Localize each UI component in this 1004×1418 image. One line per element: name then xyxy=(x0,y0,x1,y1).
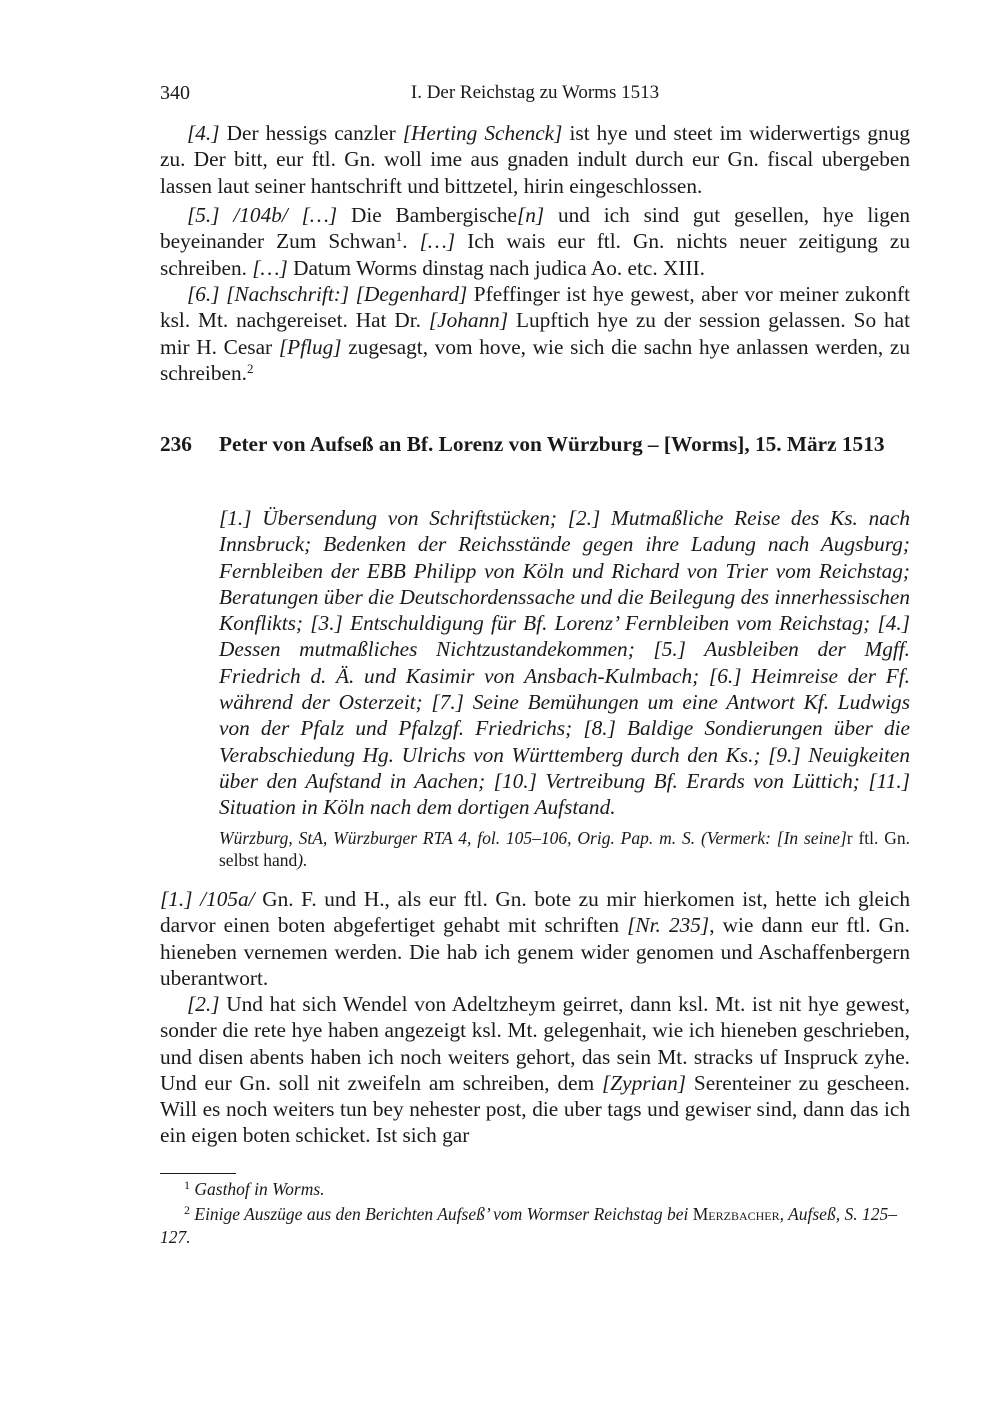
footnote-text: Gasthof in Worms. xyxy=(194,1179,324,1199)
editorial-insert: [Zyprian] xyxy=(602,1071,686,1095)
editorial-insert: [Herting Schenck] xyxy=(403,121,563,145)
footnote-number: 1 xyxy=(184,1178,190,1192)
source-note: Würzburg, StA, Würzburger RTA 4, fol. 10… xyxy=(219,827,910,871)
footnote-rule xyxy=(160,1173,236,1174)
paragraph-marker: [4.] xyxy=(187,121,220,145)
footnote-2: 2 Einige Auszüge aus den Berichten Aufse… xyxy=(160,1203,910,1248)
text-segment: Die Bambergische xyxy=(337,203,517,227)
doc-paragraph-2: [2.] Und hat sich Wendel von Adeltzheym … xyxy=(160,991,910,1149)
ellipsis-insert: […] xyxy=(420,229,456,253)
document-title: Peter von Aufseß an Bf. Lorenz von Würzb… xyxy=(219,431,910,457)
editorial-insert: [Pflug] xyxy=(279,335,342,359)
running-title: I. Der Reichstag zu Worms 1513 xyxy=(160,80,910,106)
cross-reference-link[interactable]: [Nr. 235] xyxy=(627,913,709,937)
paragraph-marker: [2.] xyxy=(187,992,220,1016)
footnote-number: 2 xyxy=(184,1203,190,1217)
paragraph-6-postscript: [6.] [Nachschrift:] [Degenhard] Pfeffing… xyxy=(160,281,910,386)
footnote-ref-2[interactable]: 2 xyxy=(247,361,254,376)
source-archive: Würzburg, StA, Würzburger RTA 4, fol. 10… xyxy=(219,828,847,848)
document-regest: [1.] Übersendung von Schriftstücken; [2.… xyxy=(219,505,910,821)
paragraph-marker: [6.] [Nachschrift:] [Degenhard] xyxy=(187,282,467,306)
document-number: 236 xyxy=(160,431,192,457)
footnote-author: Merzbacher xyxy=(693,1204,780,1224)
text-segment: Der hessigs canzler xyxy=(220,121,403,145)
ellipsis-insert: […] xyxy=(252,256,288,280)
footnote-text: Einige Auszüge aus den Berichten Aufseß’… xyxy=(194,1204,692,1224)
text-segment: Datum Worms dinstag nach judica Ao. etc.… xyxy=(288,256,705,280)
source-closing: ). xyxy=(297,850,307,870)
text-segment: . xyxy=(402,229,419,253)
editorial-insert: [Johann] xyxy=(429,308,508,332)
paragraph-5: [5.] /104b/ […] Die Bambergische[n] und … xyxy=(160,202,910,281)
paragraph-4: [4.] Der hessigs canzler [Herting Schenc… xyxy=(160,120,910,199)
footnote-1: 1 Gasthof in Worms. xyxy=(160,1178,910,1201)
editorial-insert: [n] xyxy=(517,203,544,227)
doc-paragraph-1: [1.] /105a/ Gn. F. und H., als eur ftl. … xyxy=(160,886,910,991)
paragraph-marker: [1.] /105a/ xyxy=(160,887,255,911)
paragraph-marker: [5.] /104b/ […] xyxy=(187,203,337,227)
